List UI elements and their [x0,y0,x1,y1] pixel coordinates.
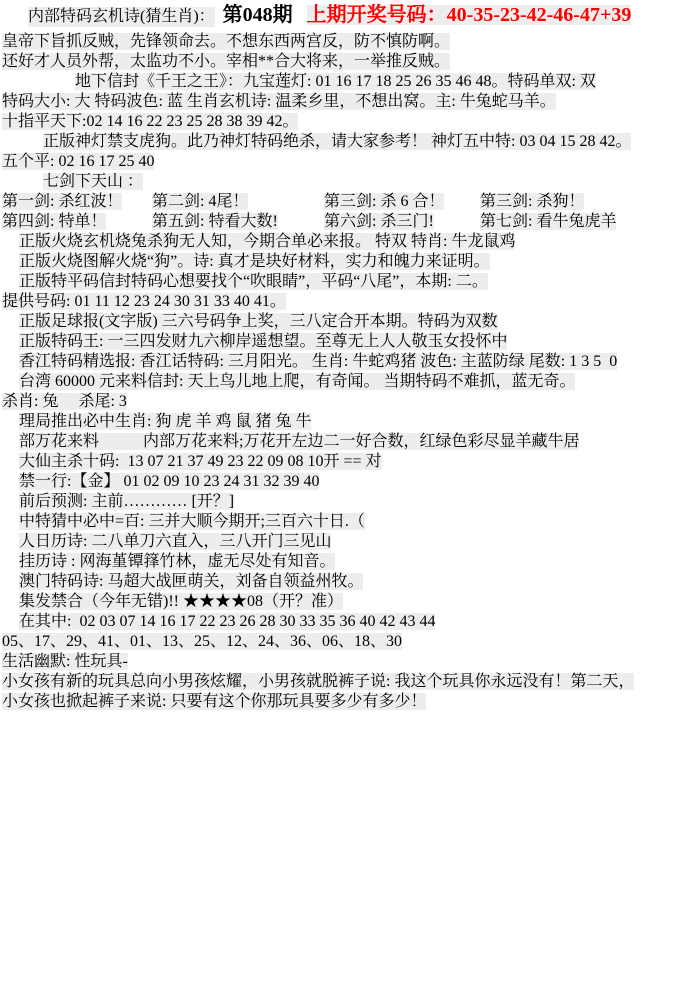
macau-poem-line: 澳门特码诗: 马超大战匣萌关，刘备自领益州牧。 [2,572,675,592]
forbidden-row-text: 禁一行:【金】 01 02 09 10 23 24 31 32 39 40 [19,473,319,490]
fire-diagram-text: 正版火烧图解火烧“狗”。诗: 真才是块好材料，实力和魄力来证明。 [19,253,490,270]
magic-lamp-text: 正版神灯禁支虎狗。此乃神灯特码绝杀，请大家参考！ 神灯五中特: 03 04 15… [43,133,631,150]
sword-1: 第一剑: 杀红波！ [2,192,152,212]
sword-7-text: 第七剑: 看牛兔虎羊 [480,213,616,230]
sword-3b: 第三剑: 杀狗！ [480,192,675,212]
sword-6: 第六剑: 杀三门! [324,212,480,232]
humor-title-text: 生活幽默: 性玩具- [2,653,128,670]
sword-3-text: 第三剑: 杀 6 合！ [324,193,444,210]
five-flat-line: 五个平: 02 16 17 25 40 [2,152,675,172]
xiangjiang-report-text: 香江特码精选报: 香江话特码: 三月阳光。 生肖: 牛蛇鸡猪 波色: 主蓝防绿 … [19,353,617,370]
wanhua-material-line: 部万花来料 内部万花来料;万花开左边二一好合数，红绿色彩尽显羊藏牛居 [2,432,675,452]
sword-3: 第三剑: 杀 6 合！ [324,192,480,212]
taiwan-envelope-line: 台湾 60000 元来料信封: 天上鸟儿地上爬，有奇闻。 当期特码不难抓，蓝无奇… [2,372,675,392]
immortal-kill-ten-text: 大仙主杀十码: 13 07 21 37 49 23 22 09 08 10开 =… [19,453,382,470]
flat-code-envelope-line: 正版特平码信封特码心想要找个“吹眼睛”，平码“八尾”，本期: 二。 [2,272,675,292]
football-report-line: 正版足球报(文字版) 三六号码争上奖，三八定合开本期。特码为双数 [2,312,675,332]
fire-mystery-line: 正版火烧玄机烧兔杀狗无人知，今期合单必来报。 特双 特肖: 牛龙鼠鸡 [2,232,675,252]
sword-6-text: 第六剑: 杀三门! [324,213,434,230]
seven-swords-heading-text: 七剑下天山 ： [43,173,143,190]
wall-calendar-poem-line: 挂历诗 : 网海堇镡箨竹林，虚无尽处有知音。 [2,552,675,572]
seven-swords-row-2: 第四剑: 特单！ 第五剑: 特看大数! 第六剑: 杀三门! 第七剑: 看牛兔虎羊 [2,212,675,232]
sure-win-zodiac-line: 理局推出必中生肖: 狗 虎 羊 鸡 鼠 猪 兔 牛 [2,412,675,432]
forbidden-row-line: 禁一行:【金】 01 02 09 10 23 24 31 32 39 40 [2,472,675,492]
ten-fingers-text: 十指平天下:02 14 16 22 23 25 28 38 39 42。 [2,113,298,130]
wanhua-material-text: 部万花来料 内部万花来料;万花开左边二一好合数，红绿色彩尽显羊藏牛居 [19,433,579,450]
sword-2: 第二剑: 4尾！ [152,192,324,212]
sword-1-text: 第一剑: 杀红波！ [2,193,122,210]
issue-number: 第048期 [223,5,293,25]
taiwan-envelope-text: 台湾 60000 元来料信封: 天上鸟儿地上爬，有奇闻。 当期特码不难抓，蓝无奇… [19,373,575,390]
humor-title-line: 生活幽默: 性玩具- [2,652,675,672]
humor-body-line-2: 小女孩也掀起裤子来说: 只要有这个你那玩具要多少有多少！ [2,692,675,712]
special-size-color-line: 特码大小: 大 特码波色: 蓝 生肖玄机诗: 温柔乡里，不想出窝。主: 牛兔蛇马… [2,92,675,112]
special-code-king-line: 正版特码王: 一三四发财九六柳岸遥想望。至尊无上人人敬玉女投怀中 [2,332,675,352]
sword-4-text: 第四剑: 特单！ [2,213,106,230]
poem-line-2-text: 还好才人员外帮，太监功不小。宰相**合大将来，一举推反贼。 [2,53,450,70]
middle-special-text: 中特猜中必中=百: 三并大顺今期开;三百六十日.（ [19,513,365,530]
sword-3b-text: 第三剑: 杀狗！ [480,193,584,210]
fire-mystery-text: 正版火烧玄机烧兔杀狗无人知，今期合单必来报。 特双 特肖: 牛龙鼠鸡 [19,233,515,250]
sure-win-zodiac-text: 理局推出必中生肖: 狗 虎 羊 鸡 鼠 猪 兔 牛 [19,413,311,430]
calendar-poem-text: 人日历诗: 二八单刀六直入，三八开门三见山 [19,533,331,550]
number-sequence-text: 05、17、29、41、01、13、25、12、24、36、06、18、30 [2,633,402,650]
xiangjiang-report-line: 香江特码精选报: 香江话特码: 三月阳光。 生肖: 牛蛇鸡猪 波色: 主蓝防绿 … [2,352,675,372]
kill-zodiac-text: 杀肖: 兔 杀尾: 3 [2,393,127,410]
seven-swords-row-1: 第一剑: 杀红波！ 第二剑: 4尾！ 第三剑: 杀 6 合！ 第三剑: 杀狗！ [2,192,675,212]
lottery-tip-sheet-page: 内部特码玄机诗(猜生肖)： 第048期 上期开奖号码：40-35-23-42-4… [0,0,675,991]
sword-5-text: 第五剑: 特看大数! [152,213,278,230]
poem-line-1-text: 皇帝下旨抓反贼，先锋领命去。不想东西两宫反，防不慎防啊。 [2,33,450,50]
football-report-text: 正版足球报(文字版) 三六号码争上奖，三八定合开本期。特码为双数 [19,313,498,330]
underground-envelope-text: 地下信封《千王之王》：九宝莲灯: 01 16 17 18 25 26 35 46… [75,73,596,90]
among-them-line: 在其中: 02 03 07 14 16 17 22 23 26 28 30 33… [2,612,675,632]
wall-calendar-poem-text: 挂历诗 : 网海堇镡箨竹林，虚无尽处有知音。 [19,553,335,570]
underground-envelope-line: 地下信封《千王之王》：九宝莲灯: 01 16 17 18 25 26 35 46… [2,72,675,92]
poem-line-2: 还好才人员外帮，太监功不小。宰相**合大将来，一举推反贼。 [2,52,675,72]
last-draw-numbers: 上期开奖号码：40-35-23-42-46-47+39 [307,5,632,25]
special-size-color-text: 特码大小: 大 特码波色: 蓝 生肖玄机诗: 温柔乡里，不想出窝。主: 牛兔蛇马… [2,93,556,110]
magic-lamp-line: 正版神灯禁支虎狗。此乃神灯特码绝杀，请大家参考！ 神灯五中特: 03 04 15… [2,132,675,152]
macau-poem-text: 澳门特码诗: 马超大战匣萌关，刘备自领益州牧。 [19,573,363,590]
page-title: 内部特码玄机诗(猜生肖)： 第048期 上期开奖号码：40-35-23-42-4… [2,5,675,32]
among-them-text: 在其中: 02 03 07 14 16 17 22 23 26 28 30 33… [19,613,435,630]
number-sequence-line: 05、17、29、41、01、13、25、12、24、36、06、18、30 [2,632,675,652]
provided-numbers-text: 提供号码: 01 11 12 23 24 30 31 33 40 41。 [2,293,286,310]
sword-5: 第五剑: 特看大数! [152,212,324,232]
sword-2-text: 第二剑: 4尾！ [152,193,248,210]
forecast-line: 前后预测: 主前………… [开？] [2,492,675,512]
poem-line-1: 皇帝下旨抓反贼，先锋领命去。不想东西两宫反，防不慎防啊。 [2,32,675,52]
five-flat-text: 五个平: 02 16 17 25 40 [2,153,154,170]
jifa-forbidden-line: 集发禁合（今年无错)!! ★★★★08（开？准） [2,592,675,612]
ten-fingers-line: 十指平天下:02 14 16 22 23 25 28 38 39 42。 [2,112,675,132]
kill-zodiac-line: 杀肖: 兔 杀尾: 3 [2,392,675,412]
title-prefix: 内部特码玄机诗(猜生肖)： [28,7,215,27]
jifa-forbidden-text: 集发禁合（今年无错)!! ★★★★08（开？准） [19,593,343,610]
provided-numbers-line: 提供号码: 01 11 12 23 24 30 31 33 40 41。 [2,292,675,312]
forecast-text: 前后预测: 主前………… [开？] [19,493,234,510]
humor-body-1-text: 小女孩有新的玩具总向小男孩炫耀，小男孩就脱裤子说: 我这个玩具你永远没有！第二天… [2,673,634,690]
sword-7: 第七剑: 看牛兔虎羊 [480,212,675,232]
immortal-kill-ten-line: 大仙主杀十码: 13 07 21 37 49 23 22 09 08 10开 =… [2,452,675,472]
humor-body-line-1: 小女孩有新的玩具总向小男孩炫耀，小男孩就脱裤子说: 我这个玩具你永远没有！第二天… [2,672,675,692]
special-code-king-text: 正版特码王: 一三四发财九六柳岸遥想望。至尊无上人人敬玉女投怀中 [19,333,507,350]
flat-code-envelope-text: 正版特平码信封特码心想要找个“吹眼睛”，平码“八尾”，本期: 二。 [19,273,488,290]
seven-swords-heading: 七剑下天山 ： [2,172,675,192]
middle-special-line: 中特猜中必中=百: 三并大顺今期开;三百六十日.（ [2,512,675,532]
sword-4: 第四剑: 特单！ [2,212,152,232]
humor-body-2-text: 小女孩也掀起裤子来说: 只要有这个你那玩具要多少有多少！ [2,693,426,710]
calendar-poem-line: 人日历诗: 二八单刀六直入，三八开门三见山 [2,532,675,552]
fire-diagram-line: 正版火烧图解火烧“狗”。诗: 真才是块好材料，实力和魄力来证明。 [2,252,675,272]
